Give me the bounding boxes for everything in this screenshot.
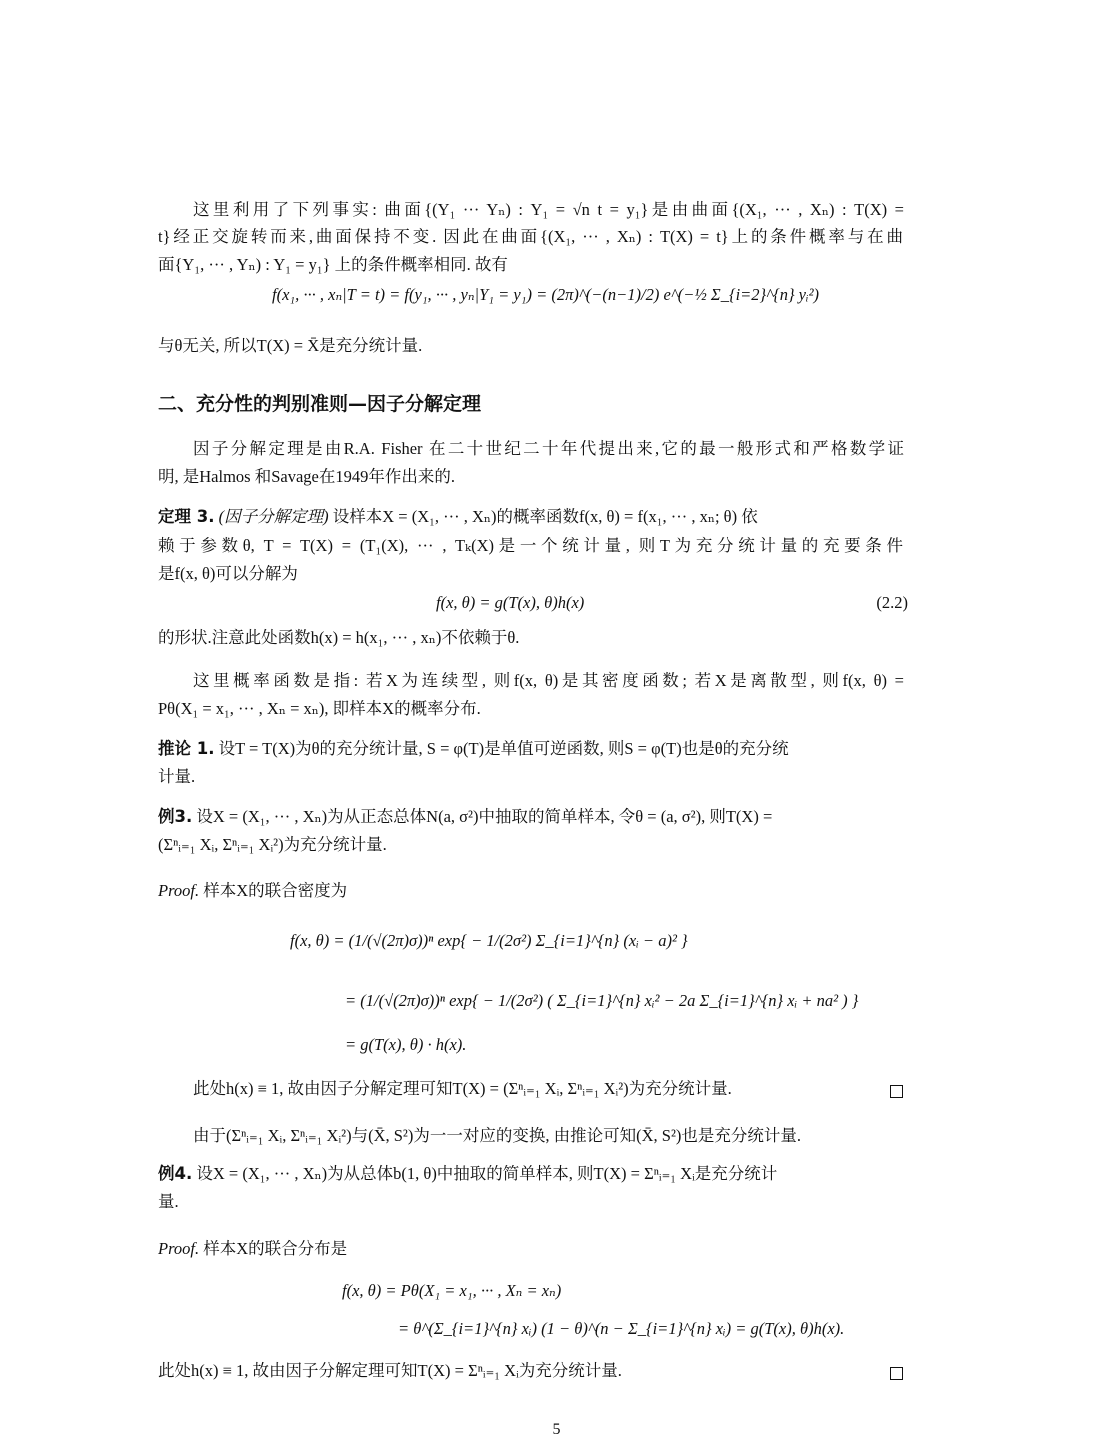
example-3-text-1: 设X = (X₁, ··· , Xₙ)为从正态总体N(a, σ²)中抽取的简单样…: [196, 807, 772, 826]
section-heading: 二、充分性的判别准则—因子分解定理: [158, 393, 481, 415]
example-4-text-1: 设X = (X₁, ··· , Xₙ)为从总体b(1, θ)中抽取的简单样本, …: [196, 1164, 777, 1183]
example-3-line-2: (Σⁿᵢ₌₁ Xᵢ, Σⁿᵢ₌₁ Xᵢ²)为充分统计量.: [158, 834, 387, 856]
example-4-proof-intro: Proof. 样本X的联合分布是: [158, 1238, 347, 1260]
example-3-proof-intro: Proof. 样本X的联合密度为: [158, 880, 347, 902]
theorem-3-equation: f(x, θ) = g(T(x), θ)h(x): [436, 592, 584, 614]
prob-function-line-1: 这里概率函数是指: 若X为连续型, 则f(x, θ)是其密度函数; 若X是离散型…: [193, 670, 904, 692]
corollary-1-line-1: 推论 1. 设T = T(X)为θ的充分统计量, S = φ(T)是单值可逆函数…: [158, 738, 789, 760]
prob-function-line-2: Pθ(X₁ = x₁, ··· , Xₙ = xₙ), 即样本X的概率分布.: [158, 698, 481, 720]
intro-conclusion: 与θ无关, 所以T(X) = X̄是充分统计量.: [158, 335, 422, 357]
fisher-line-1: 因子分解定理是由R.A. Fisher 在二十世纪二十年代提出来,它的最一般形式…: [193, 438, 904, 460]
example-4-line-2: 量.: [158, 1191, 179, 1213]
theorem-3-line-4: 的形状.注意此处函数h(x) = h(x₁, ··· , xₙ)不依赖于θ.: [158, 627, 519, 649]
corollary-1-line-2: 计量.: [158, 766, 195, 788]
theorem-3-name: (因子分解定理): [219, 507, 329, 526]
example-4-proof-end: 此处h(x) ≡ 1, 故由因子分解定理可知T(X) = Σⁿᵢ₌₁ Xᵢ为充分…: [158, 1360, 622, 1382]
theorem-3-line-3: 是f(x, θ)可以分解为: [158, 563, 298, 585]
example-3-label: 例3.: [158, 807, 192, 826]
proof-label: Proof.: [158, 1239, 199, 1258]
theorem-3-line-2: 赖于参数θ, T = T(X) = (T₁(X), ··· , Tₖ(X)是一个…: [158, 535, 903, 557]
example-4-eq-line-2: = θ^(Σ_{i=1}^{n} xᵢ) (1 − θ)^(n − Σ_{i=1…: [398, 1318, 844, 1340]
example-3-line-1: 例3. 设X = (X₁, ··· , Xₙ)为从正态总体N(a, σ²)中抽取…: [158, 806, 772, 828]
proof-intro-text: 样本X的联合分布是: [203, 1239, 347, 1258]
page-number: 5: [0, 1421, 1113, 1439]
qed-icon: [890, 1367, 903, 1380]
example-3-eq-line-1: f(x, θ) = (1/(√(2π)σ))ⁿ exp{ − 1/(2σ²) Σ…: [290, 930, 688, 952]
corollary-1-label: 推论 1.: [158, 739, 215, 758]
example-3-eq-line-3: = g(T(x), θ) · h(x).: [345, 1034, 466, 1056]
equation-number: (2.2): [876, 592, 908, 614]
example-4-eq-line-1: f(x, θ) = Pθ(X₁ = x₁, ··· , Xₙ = xₙ): [342, 1280, 561, 1302]
proof-label: Proof.: [158, 881, 199, 900]
example-3-proof-end: 此处h(x) ≡ 1, 故由因子分解定理可知T(X) = (Σⁿᵢ₌₁ Xᵢ, …: [193, 1078, 732, 1100]
example-4-label: 例4.: [158, 1164, 192, 1183]
qed-icon: [890, 1085, 903, 1098]
intro-line-2: t}经正交旋转而来,曲面保持不变. 因此在曲面{(X₁, ··· , Xₙ) :…: [158, 226, 903, 248]
example-3-eq-line-2: = (1/(√(2π)σ))ⁿ exp{ − 1/(2σ²) ( Σ_{i=1}…: [345, 990, 858, 1012]
theorem-3-text-1: 设样本X = (X₁, ··· , Xₙ)的概率函数f(x, θ) = f(x₁…: [333, 507, 758, 526]
example-3-remark: 由于(Σⁿᵢ₌₁ Xᵢ, Σⁿᵢ₌₁ Xᵢ²)与(X̄, S²)为一一对应的变换…: [193, 1125, 801, 1147]
example-4-line-1: 例4. 设X = (X₁, ··· , Xₙ)为从总体b(1, θ)中抽取的简单…: [158, 1163, 777, 1185]
intro-equation: f(x₁, ··· , xₙ|T = t) = f(y₁, ··· , yₙ|Y…: [272, 284, 819, 306]
corollary-1-text-1: 设T = T(X)为θ的充分统计量, S = φ(T)是单值可逆函数, 则S =…: [219, 739, 789, 758]
theorem-3-label: 定理 3.: [158, 507, 215, 526]
proof-intro-text: 样本X的联合密度为: [203, 881, 347, 900]
intro-line-1: 这里利用了下列事实: 曲面{(Y₁ ··· Yₙ) : Y₁ = √n t = …: [193, 199, 904, 221]
intro-line-3: 面{Y₁, ··· , Yₙ) : Y₁ = y₁} 上的条件概率相同. 故有: [158, 254, 508, 276]
theorem-3-line-1: 定理 3. (因子分解定理) 设样本X = (X₁, ··· , Xₙ)的概率函…: [158, 506, 904, 528]
fisher-line-2: 明, 是Halmos 和Savage在1949年作出来的.: [158, 466, 455, 488]
